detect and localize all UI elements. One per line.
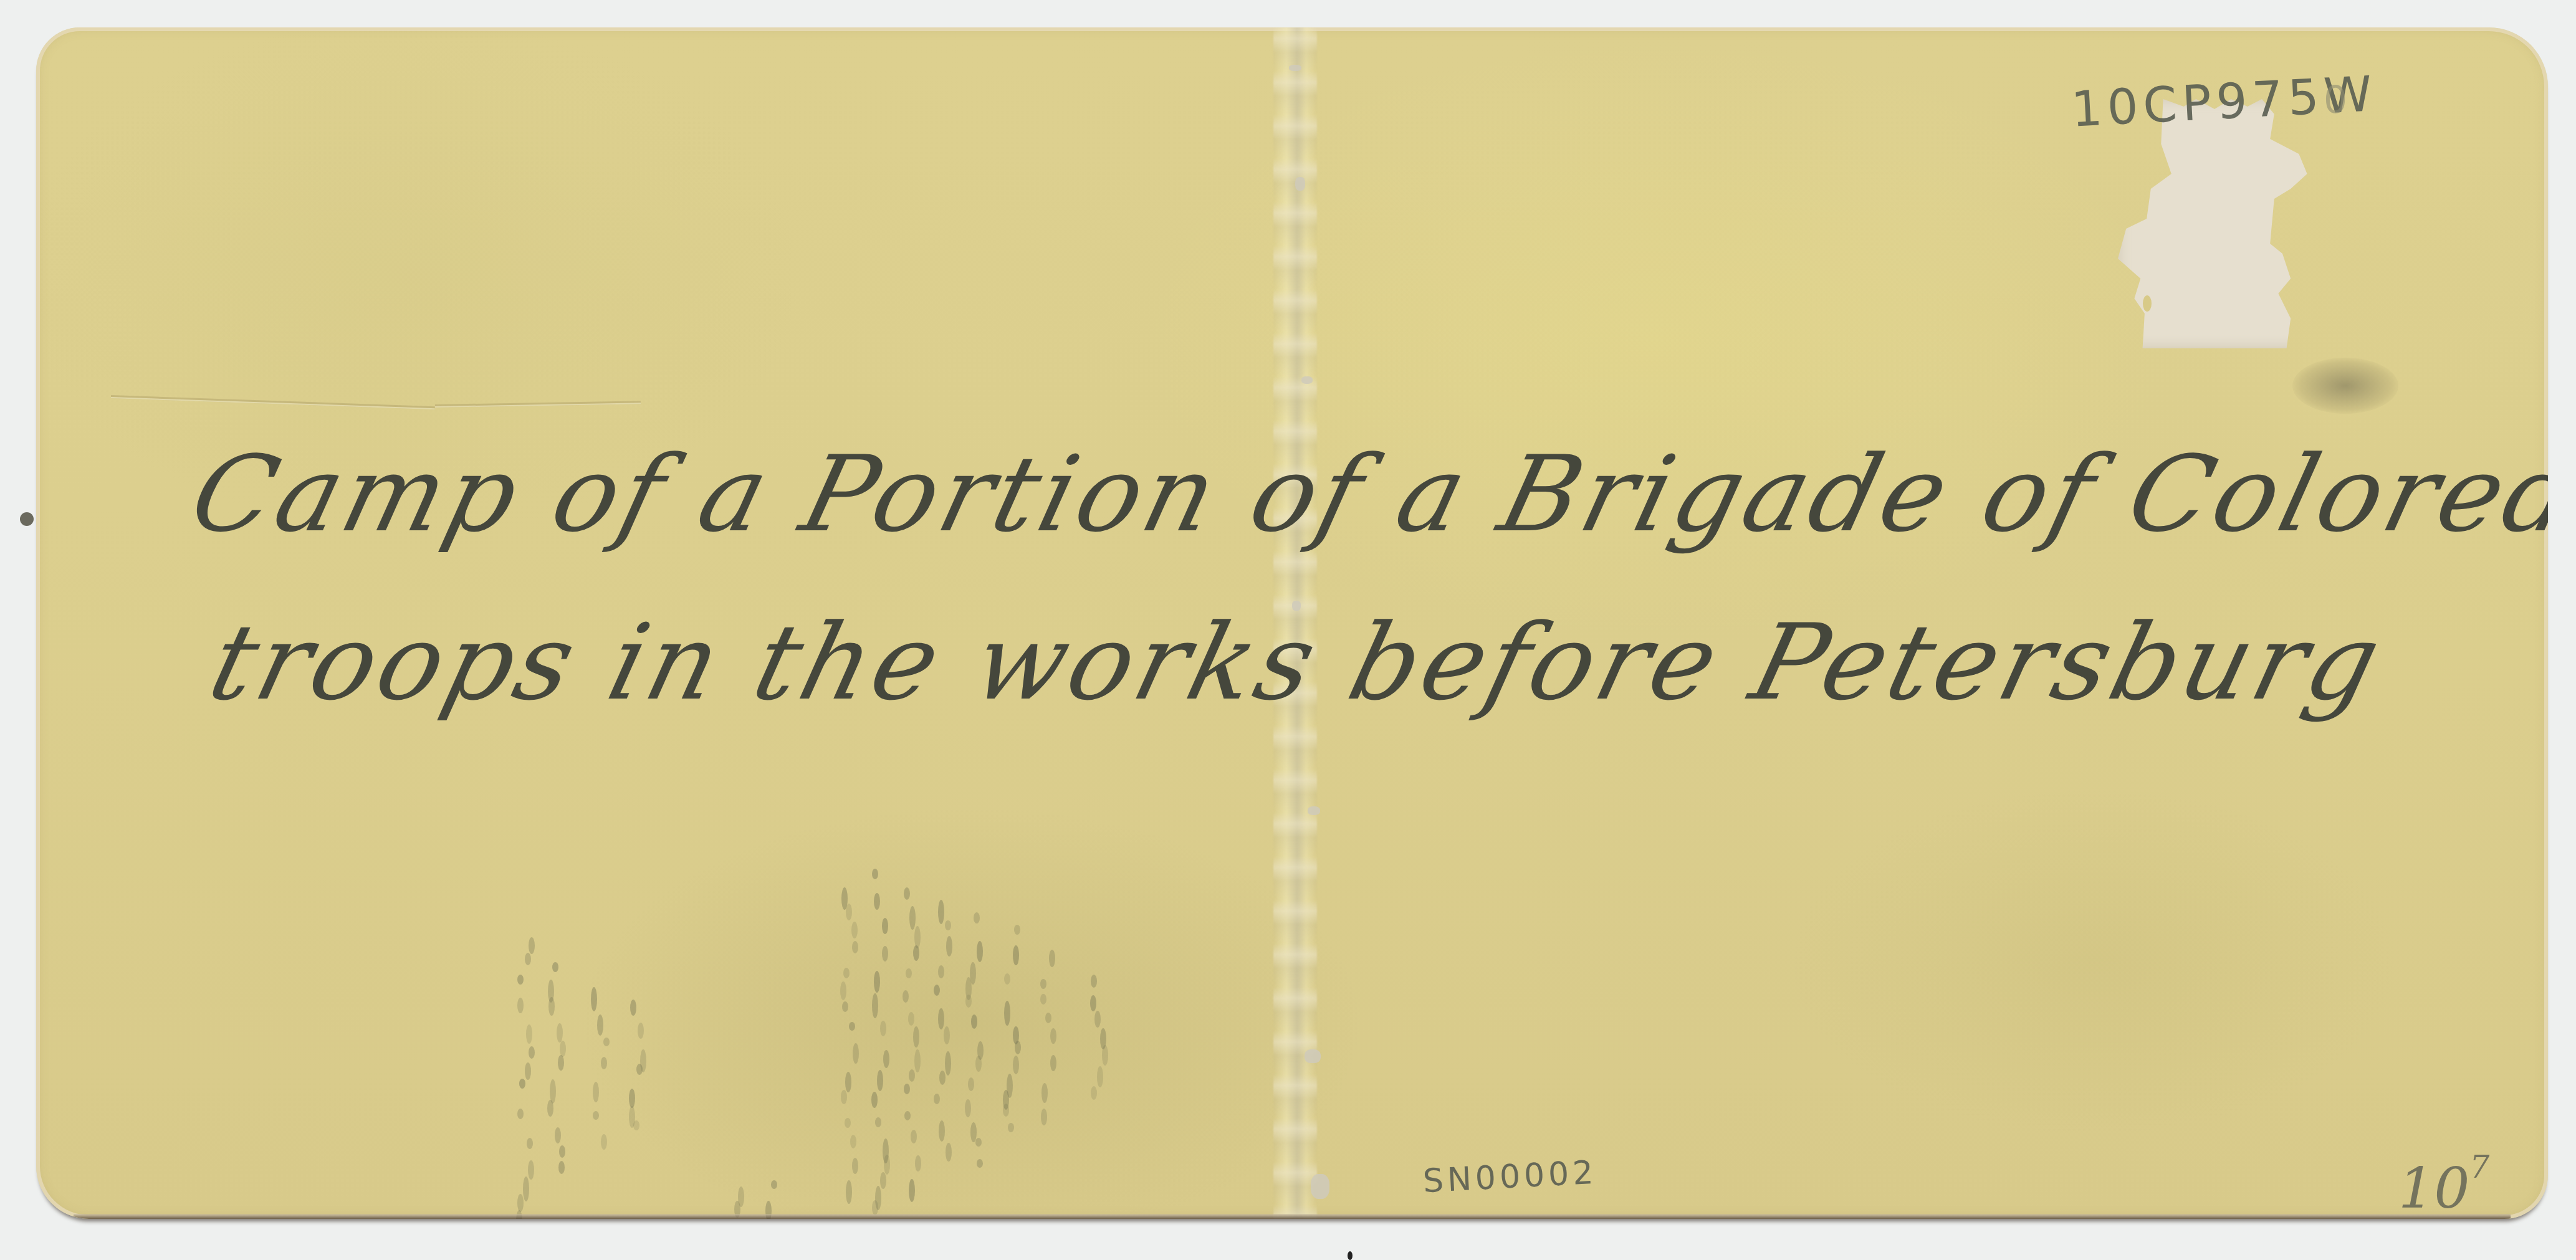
water-stain-drip [880,1172,886,1190]
water-stain-drip [1040,979,1046,989]
water-stain-drip [528,1160,534,1180]
water-stain-drip [633,1120,639,1130]
water-stain-drip [975,1138,982,1147]
water-stain-drip [601,1057,607,1069]
water-stain-drip [882,946,888,962]
water-stain-drip [529,937,535,954]
stain [2292,358,2398,414]
water-stain-drip [977,941,983,962]
water-stain-drip [1091,1086,1097,1099]
water-stain-drip [934,1094,940,1104]
paper-crack [111,395,435,409]
water-stain-drip [945,920,951,930]
water-stain-drip [906,968,912,978]
water-stain-drip [934,985,940,996]
water-stain-drip [517,975,524,985]
water-stain-drip [593,1082,599,1102]
water-stain-drip [1004,1001,1010,1026]
paper-crack [435,401,641,408]
water-stain-drip [1102,1045,1108,1066]
water-stain-drip [904,1111,911,1120]
water-stain-drip [874,971,880,992]
crease-flake [1305,1049,1321,1063]
water-stain-drip [527,1138,533,1150]
water-stain-drip [1004,973,1010,985]
water-stain-drip [971,1014,977,1029]
water-stain-drip [938,965,944,978]
water-stain-drip [560,1041,566,1057]
water-stain-drip [845,1072,851,1092]
water-stain-drip [852,1158,858,1173]
water-stain-drip [841,1090,847,1104]
water-stain-drip [1091,975,1097,988]
water-stain-drip [636,1064,643,1075]
corner-mark-superscript: 7 [2470,1149,2490,1185]
water-stain-drip [547,1100,553,1117]
water-stain-drip [872,1200,878,1215]
water-stain-drip [903,990,909,1003]
label-spot [2143,295,2152,312]
water-stain-drip [946,1143,952,1162]
water-stain-drip [852,941,858,953]
water-stain-drip [555,1127,561,1143]
water-stain-drip [874,893,880,910]
water-stain-drip [968,1077,974,1091]
water-stain-drip [945,1051,951,1076]
water-stain-drip [975,1056,982,1072]
water-stain-drip [558,1161,565,1174]
water-stain-drip [904,1084,910,1094]
water-stain-drip [1045,1013,1051,1023]
stereograph-card: Camp of a Portion of a Brigade of Colore… [36,27,2548,1219]
water-stain-drip [974,912,980,924]
water-stain-drip [939,1071,946,1085]
water-stain-drip [944,1026,950,1044]
water-stain-drip [558,1055,564,1071]
water-stain-drip [877,1070,883,1091]
water-stain-drip [591,987,597,1011]
water-stain-drip [871,1092,878,1108]
water-stain-drip [915,1155,921,1172]
water-stain-drip [526,1024,532,1044]
water-stain-drip [529,1046,535,1059]
water-stain-drip [909,1069,915,1082]
water-stain-drip [517,1194,524,1211]
water-stain-drip [601,1134,607,1150]
water-stain-drip [1003,1104,1009,1116]
water-stain-drip [913,945,919,961]
water-stain-drip [557,1023,563,1043]
water-stain-drip [517,1109,524,1119]
serial-number: SN00002 [1422,1154,1598,1201]
water-stain-drip [559,1145,565,1158]
water-stain-drip [904,887,910,900]
water-stain-drip [593,1111,599,1120]
water-stain-drip [1097,1066,1103,1087]
water-stain-drip [913,1026,919,1047]
water-stain-drip [629,1089,635,1108]
water-stain-drip [519,1079,525,1088]
water-stain-drip [914,1049,921,1072]
water-stain-drip [875,1117,881,1127]
crease-flake [1311,1174,1329,1199]
water-stain-drip [840,981,846,1000]
water-stain-drip [638,1023,644,1039]
water-stain-drip [853,1043,859,1064]
water-stain-drip [908,1012,914,1026]
water-stain-drip [552,962,558,972]
water-stain-drip [880,1021,886,1036]
water-stain-drip [946,936,952,957]
water-stain-drip [965,1099,971,1117]
crease-flake [1289,65,1301,71]
water-stain-drip [911,1130,917,1144]
water-stain-drip [597,1014,603,1035]
water-stain-drip [1049,950,1055,967]
water-stain-drip [909,1179,915,1202]
water-stain-drip [771,1180,777,1189]
water-stain-drip [850,1135,856,1148]
water-stain-drip [938,1008,944,1030]
water-stain-drip [1015,1041,1021,1054]
corner-mark-base: 10 [2398,1156,2470,1219]
inscription-line-1: Camp of a Portion of a Brigade of Colore… [182,442,2548,546]
water-stain-drip [1013,1056,1019,1074]
crease-flake [1308,806,1320,815]
water-stain-drip [1014,925,1020,935]
inscription-line-2: troops in the works before Petersburg [201,610,2393,715]
water-stain-drip [525,1062,531,1081]
scan-dust-dot [1348,1251,1353,1260]
water-stain-drip [1090,995,1096,1011]
water-stain-drip [525,953,531,965]
water-stain-drip [977,1159,983,1168]
water-stain-drip [630,1000,636,1016]
water-stain-drip [1050,1028,1056,1044]
water-stain-drip [842,1001,848,1012]
water-stain-drip [846,904,852,920]
water-stain-drip [1008,1123,1014,1132]
card-edge [74,1214,2511,1219]
water-stain-drip [1013,945,1019,965]
water-stain-drip [965,995,972,1007]
water-stain-drip [517,998,524,1013]
water-stain-drip [843,968,850,979]
catalog-number-suffix: 0 [2324,79,2347,122]
crease-flake [1301,376,1313,384]
water-stain-drip [1040,994,1046,1005]
water-stain-drip [845,1118,851,1128]
water-stain-drip [1094,1011,1101,1028]
water-stain-drip [1050,1055,1056,1071]
scan-dust-dot [20,512,34,526]
water-stain-drip [883,1050,889,1067]
water-stain-drip [938,900,944,924]
water-stain-drip [849,1022,855,1031]
water-stain-drip [872,869,878,879]
water-stain-drip [909,906,916,930]
water-stain-drip [872,993,878,1018]
crease-flake [1295,177,1305,191]
water-stain-drip [1041,1109,1047,1125]
water-stain-drip [603,1038,610,1047]
water-stain-drip [939,1120,945,1141]
water-stain-drip [548,997,555,1016]
water-stain-drip [523,1176,529,1201]
water-stain-drip [1041,1083,1048,1102]
water-stain-drip [851,922,858,938]
water-stain-drip [882,918,888,934]
water-stain-drip [846,1180,852,1204]
corner-mark: 107 [2398,1149,2489,1219]
water-stain-drip [884,1155,890,1175]
